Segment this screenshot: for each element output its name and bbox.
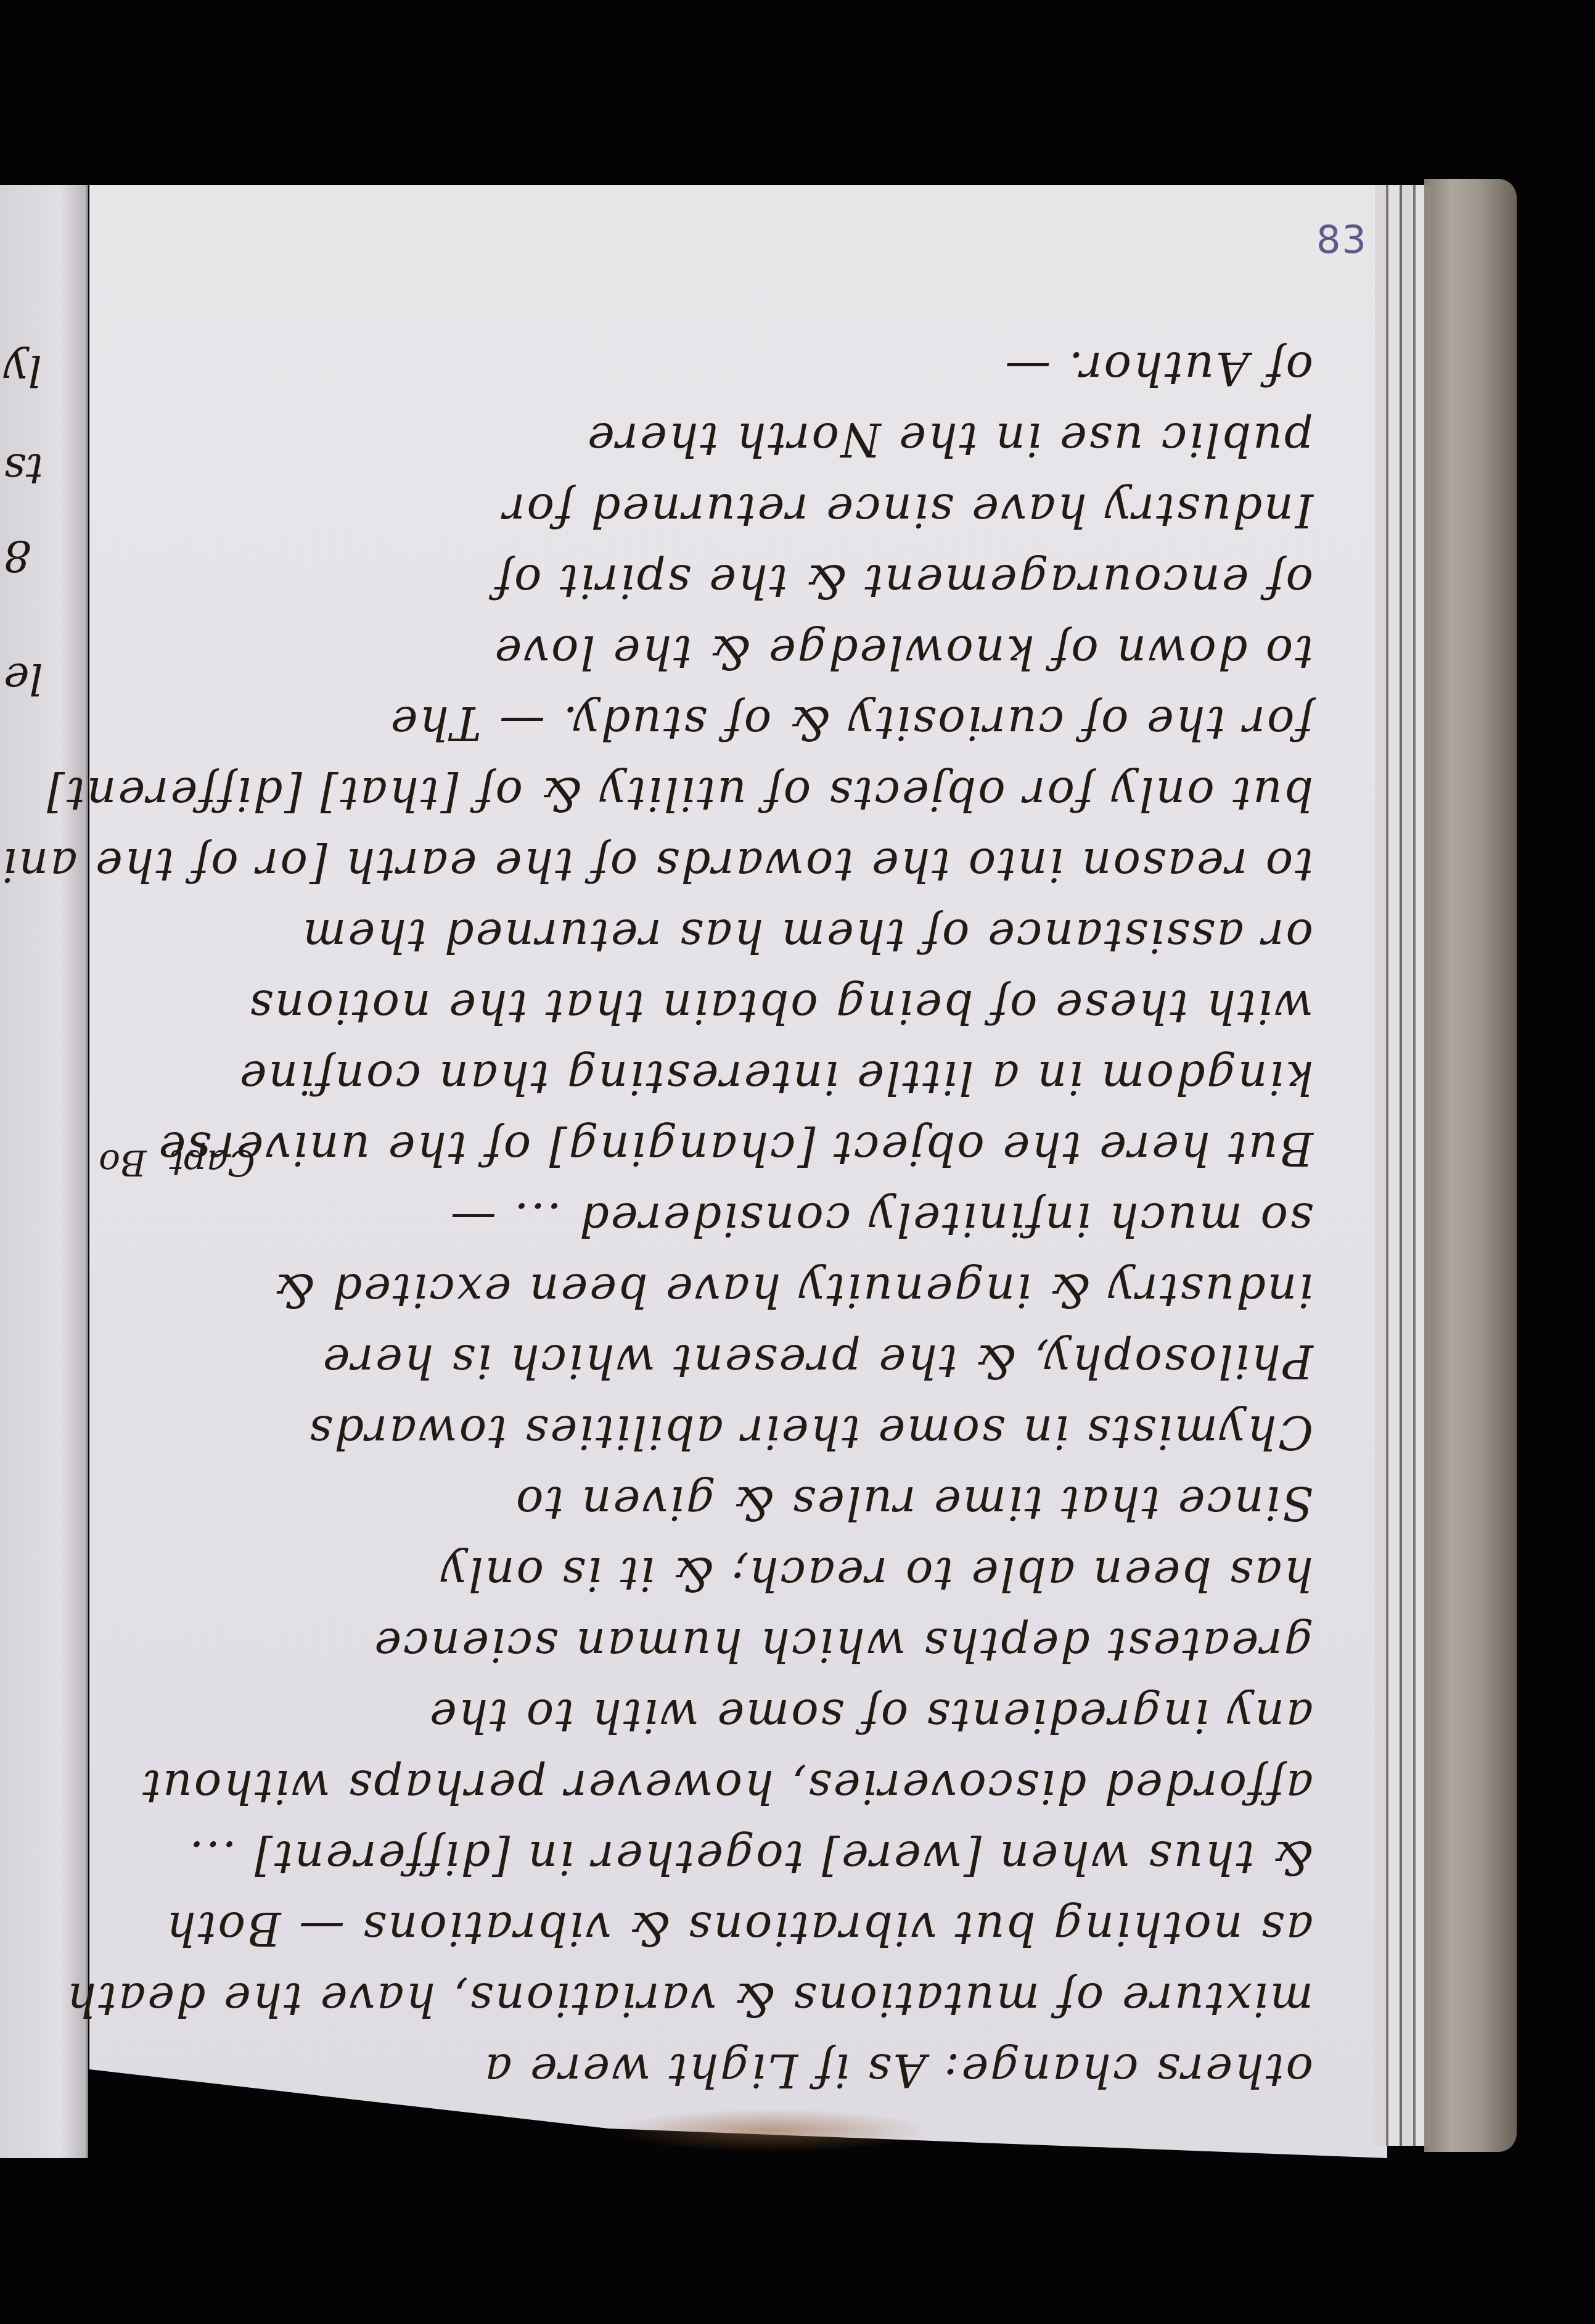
- text-line: Chymists in some their abilities towards: [129, 1405, 1313, 1458]
- text-line: Industry have since returned for: [129, 483, 1313, 536]
- text-line: greatest depths which human science: [129, 1618, 1313, 1671]
- vellum-cover-edge: [1424, 179, 1517, 2152]
- left-page-edge: ly ts 8 le: [0, 185, 88, 2158]
- text-line: for the of curiosity & of study. — The: [129, 696, 1313, 749]
- ink-stain: [610, 2109, 931, 2152]
- text-line: with these of being obtain that the noti…: [129, 980, 1313, 1033]
- text-line: But here the object [changing] of the un…: [129, 1122, 1313, 1175]
- text-line: kingdom in a little interesting than con…: [129, 1051, 1313, 1104]
- text-line: others change: As if Light were a: [129, 2043, 1313, 2096]
- page-edges-stack: [1375, 185, 1430, 2146]
- text-line: as nothing but vibrations & vibrations —…: [129, 1902, 1313, 1955]
- text-line: Philosophy, & the present which is here: [129, 1334, 1313, 1387]
- margin-note: Capt. Bo: [99, 1142, 255, 1184]
- text-line: industry & ingenuity have been excited &: [129, 1263, 1313, 1316]
- text-line: has been able to reach; & it is only: [129, 1547, 1313, 1600]
- text-line: mixture of mutations & variations, have …: [129, 1973, 1313, 2026]
- left-page-fragment: ly: [4, 345, 42, 396]
- text-line: so much infinitely considered ... —: [129, 1193, 1313, 1246]
- handwritten-text-rotated: others change: As if Light were a mixtur…: [105, 234, 1350, 2096]
- text-line: to reason into the towards of the earth …: [129, 838, 1313, 891]
- text-line: any ingredients of some with to the: [129, 1689, 1313, 1742]
- text-line: & thus when [were] together in [differen…: [129, 1831, 1313, 1884]
- text-line: Since that time rules & given to: [129, 1476, 1313, 1529]
- text-line: afforded discoveries, however perhaps wi…: [129, 1760, 1313, 1813]
- left-page-fragment: le: [4, 654, 43, 704]
- text-line: of encouragement & the spirit of: [129, 554, 1313, 607]
- text-line: or assistance of them has returned them: [129, 909, 1313, 962]
- text-line: to down of knowledge & the love: [129, 625, 1313, 678]
- text-line: but only for objects of utility & of [th…: [129, 767, 1313, 820]
- left-page-fragment: 8: [4, 530, 31, 581]
- text-line: of Author. —: [129, 342, 1313, 395]
- left-page-fragment: ts: [4, 444, 43, 495]
- text-line: public use in the North there: [129, 413, 1313, 466]
